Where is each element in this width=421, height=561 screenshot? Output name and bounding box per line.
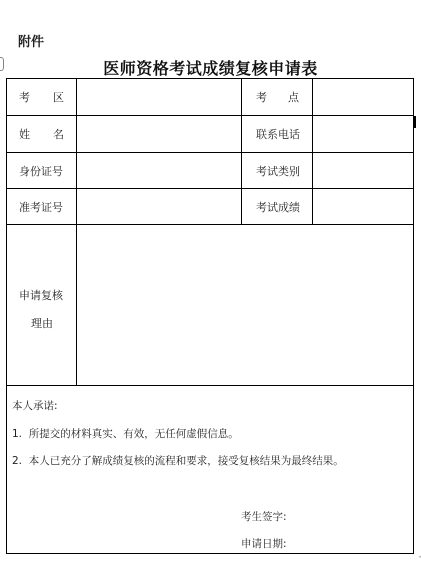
reason-field[interactable] [77, 225, 413, 385]
signature-field[interactable] [292, 505, 402, 525]
attachment-label: 附件 [18, 31, 44, 50]
label-char: 考 [256, 89, 267, 105]
label-admission-number: 准考证号 [19, 189, 74, 224]
admission-number-field[interactable] [77, 189, 241, 224]
label-exam-category: 考试类别 [256, 153, 311, 188]
label-reason-line1: 申请复核 [19, 287, 75, 303]
name-field[interactable] [77, 116, 241, 152]
date-field[interactable] [292, 532, 402, 552]
label-char: 姓 [19, 126, 30, 142]
label-reason-line2: 理由 [31, 315, 71, 331]
date-label: 申请日期: [241, 536, 287, 551]
label-id-number: 身份证号 [19, 153, 74, 188]
row-divider [7, 385, 413, 386]
application-form-table: 考 区 考 点 姓 名 联系电话 身份证号 考试类别 准考证号 考试成绩 申请复… [6, 78, 414, 554]
label-exam-area: 考 区 [19, 79, 64, 115]
label-exam-score: 考试成绩 [256, 189, 311, 224]
label-phone: 联系电话 [256, 116, 311, 152]
pledge-item: 1. 所提交的材料真实、有效，无任何虚假信息。 [12, 426, 239, 441]
id-number-field[interactable] [77, 153, 241, 188]
pledge-heading: 本人承诺: [12, 398, 58, 413]
exam-score-field[interactable] [313, 189, 413, 224]
page-title: 医师资格考试成绩复核申请表 [0, 56, 421, 79]
phone-field[interactable] [313, 116, 413, 152]
label-char: 名 [53, 126, 64, 142]
exam-site-field[interactable] [313, 79, 413, 115]
pledge-item: 2. 本人已充分了解成绩复核的流程和要求，接受复核结果为最终结果。 [12, 453, 344, 468]
exam-category-field[interactable] [313, 153, 413, 188]
signature-label: 考生签字: [241, 509, 287, 524]
label-char: 区 [53, 89, 64, 105]
label-char: 点 [288, 89, 299, 105]
label-name: 姓 名 [19, 116, 64, 152]
exam-area-field[interactable] [77, 79, 241, 115]
column-divider [241, 79, 242, 224]
label-char: 考 [19, 89, 30, 105]
label-exam-site: 考 点 [256, 79, 299, 115]
